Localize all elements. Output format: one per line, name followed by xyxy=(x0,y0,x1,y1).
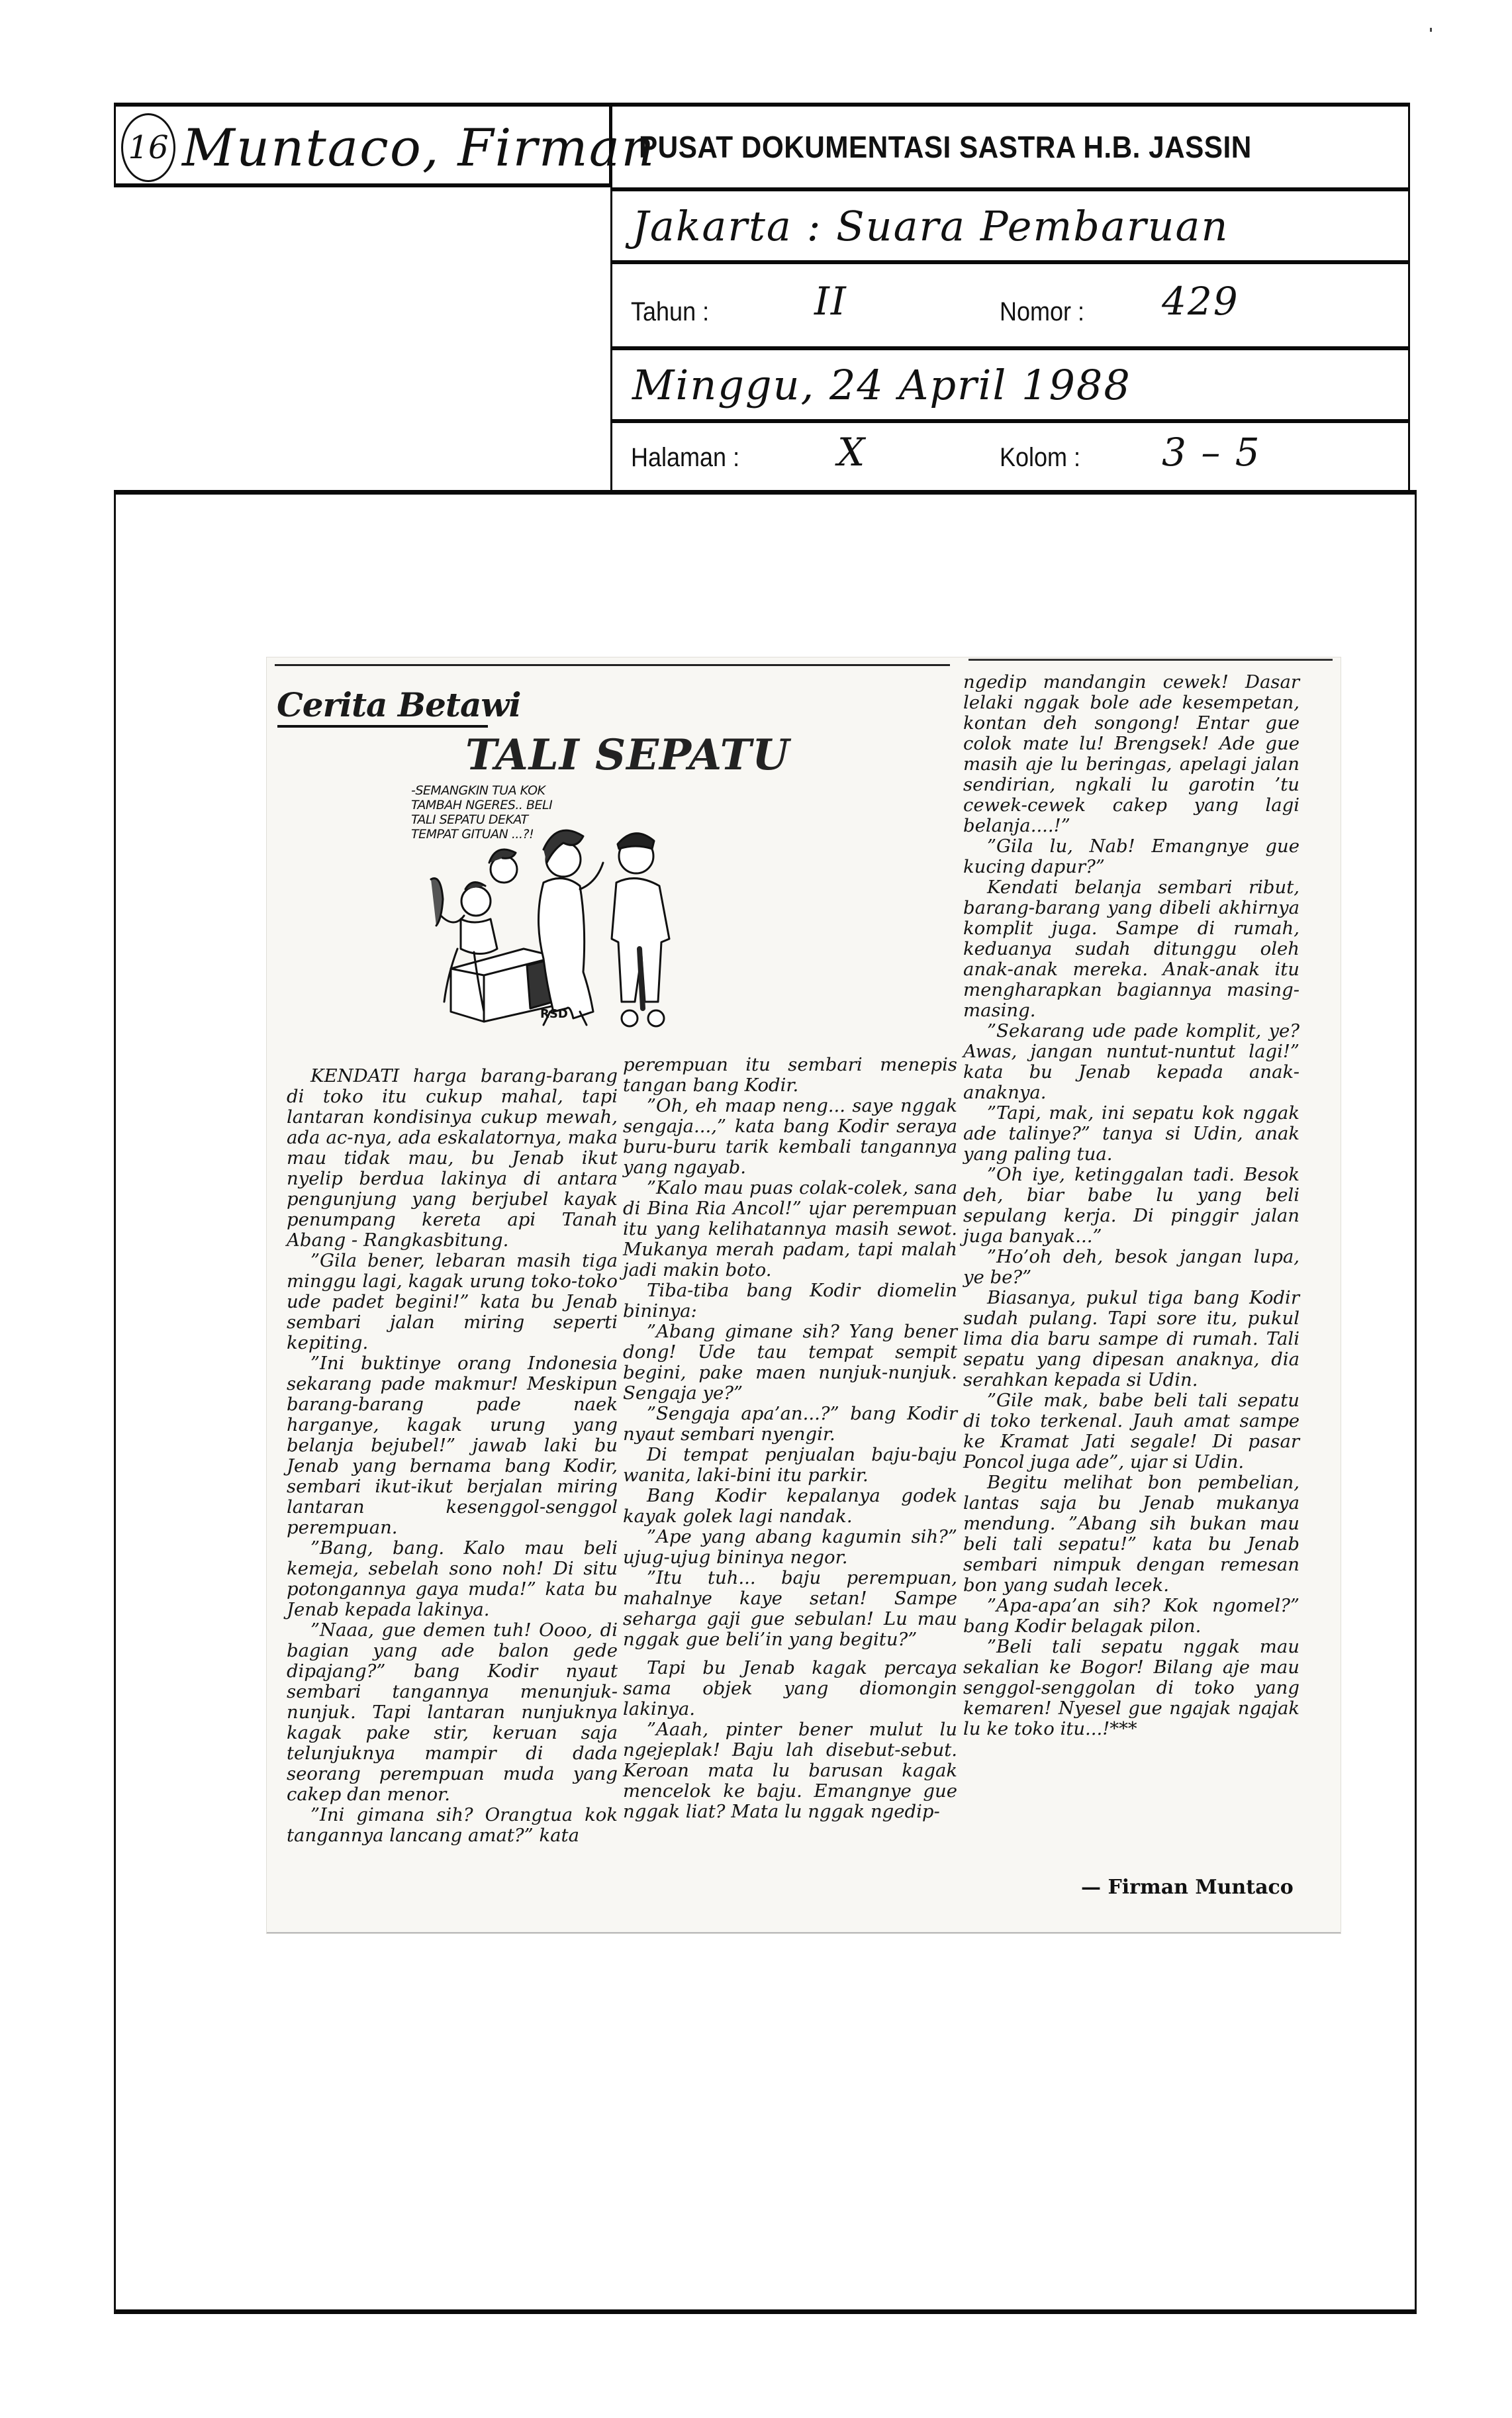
article-column-2: perempuan itu sembari menepis tangan ban… xyxy=(623,1055,957,1822)
paragraph: ”Abang gimane sih? Yang bener dong! Ude … xyxy=(623,1322,957,1404)
paragraph: ”Ape yang abang kagumin sih?” ujug-ujug … xyxy=(623,1527,957,1568)
tahun-label: Tahun : xyxy=(631,297,709,327)
paragraph: ”Ho’oh deh, besok jangan lupa, ye be?” xyxy=(963,1247,1299,1288)
paragraph: ”Ini gimana sih? Orangtua kok tangannya … xyxy=(287,1805,618,1846)
paragraph: ”Sekarang ude pade komplit, ye? Awas, ja… xyxy=(963,1021,1299,1103)
source-row: Jakarta : Suara Pembaruan xyxy=(612,191,1408,264)
section-underline xyxy=(277,725,488,728)
top-rule-right xyxy=(969,659,1333,661)
paragraph: ”Gila bener, lebaran masih tiga minggu l… xyxy=(287,1251,618,1353)
paragraph: Tiba-tiba bang Kodir diomelin bininya: xyxy=(623,1281,957,1322)
halaman-kolom-row: Halaman : X Kolom : 3 – 5 xyxy=(612,423,1408,494)
paragraph: Kendati belanja sembari ribut, barang-ba… xyxy=(963,877,1299,1021)
section-label: Cerita Betawi xyxy=(277,685,520,724)
cartoon-figures-icon xyxy=(411,783,729,1035)
cartoonist-signature: RSD xyxy=(540,1007,568,1021)
cartoon-illustration: -SEMANGKIN TUA KOK TAMBAH NGERES.. BELI … xyxy=(411,783,729,1035)
top-rule xyxy=(275,664,950,666)
circled-index-mark: 16 xyxy=(121,113,175,182)
paragraph: Biasanya, pukul tiga bang Kodir sudah pu… xyxy=(963,1288,1299,1390)
nomor-value: 429 xyxy=(1162,279,1239,324)
kolom-label: Kolom : xyxy=(1000,443,1080,473)
clipping-bottom-edge xyxy=(267,1932,1341,1933)
source-handwritten: Jakarta : Suara Pembaruan xyxy=(632,202,1229,250)
paragraph: KENDATI harga barang-barang di toko itu … xyxy=(287,1066,618,1251)
paragraph: ”Bang, bang. Kalo mau beli kemeja, sebel… xyxy=(287,1538,618,1620)
date-handwritten: Minggu, 24 April 1988 xyxy=(632,361,1131,409)
author-handwritten: Muntaco, Firman xyxy=(182,119,655,178)
author-byline: — Firman Muntaco xyxy=(1081,1876,1294,1899)
author-field: 16 Muntaco, Firman xyxy=(114,103,610,187)
paragraph: ”Aaah, pinter bener mulut lu ngejeplak! … xyxy=(623,1719,957,1822)
institution-row: PUSAT DOKUMENTASI SASTRA H.B. JASSIN xyxy=(612,107,1408,191)
date-row: Minggu, 24 April 1988 xyxy=(612,350,1408,423)
paragraph: perempuan itu sembari menepis tangan ban… xyxy=(623,1055,957,1096)
paragraph: Begitu melihat bon pembelian, lantas saj… xyxy=(963,1473,1299,1596)
paragraph: ”Apa-apa’an sih? Kok ngomel?” bang Kodir… xyxy=(963,1596,1299,1637)
nomor-label: Nomor : xyxy=(1000,297,1084,327)
paragraph: ”Tapi, mak, ini sepatu kok nggak ade tal… xyxy=(963,1103,1299,1165)
paragraph: ”Naaa, gue demen tuh! Oooo, di bagian ya… xyxy=(287,1620,618,1805)
paragraph: ”Itu tuh... baju perempuan, mahalnye kay… xyxy=(623,1568,957,1650)
newspaper-clipping: Cerita Betawi TALI SEPATU -SEMANGKIN TUA… xyxy=(267,657,1341,1933)
paragraph: ”Kalo mau puas colak-colek, sana di Bina… xyxy=(623,1178,957,1281)
paragraph: ”Beli tali sepatu nggak mau sekalian ke … xyxy=(963,1637,1299,1739)
kolom-value: 3 – 5 xyxy=(1162,430,1261,475)
catalog-info-box: PUSAT DOKUMENTASI SASTRA H.B. JASSIN Jak… xyxy=(610,103,1410,490)
halaman-value: X xyxy=(837,430,866,475)
paragraph: ”Oh iye, ketinggalan tadi. Besok deh, bi… xyxy=(963,1165,1299,1247)
institution-title: PUSAT DOKUMENTASI SASTRA H.B. JASSIN xyxy=(639,129,1252,165)
paragraph: ngedip mandangin cewek! Dasar lelaki ngg… xyxy=(963,672,1299,836)
article-column-1: KENDATI harga barang-barang di toko itu … xyxy=(287,1066,618,1846)
scan-speck xyxy=(1430,28,1432,32)
paragraph: ”Ini buktinye orang Indonesia sekarang p… xyxy=(287,1353,618,1538)
paragraph: Bang Kodir kepalanya godek kayak golek l… xyxy=(623,1486,957,1527)
tahun-nomor-row: Tahun : II Nomor : 429 xyxy=(612,264,1408,350)
paragraph: Di tempat penjualan baju-baju wanita, la… xyxy=(623,1445,957,1486)
paragraph: ”Gile mak, babe beli tali sepatu di toko… xyxy=(963,1390,1299,1473)
story-title: TALI SEPATU xyxy=(465,730,790,780)
paragraph: Tapi bu Jenab kagak percaya sama objek y… xyxy=(623,1658,957,1719)
article-column-3: ngedip mandangin cewek! Dasar lelaki ngg… xyxy=(963,672,1299,1739)
paragraph: ”Sengaja apa’an...?” bang Kodir nyaut se… xyxy=(623,1404,957,1445)
paragraph: ”Gila lu, Nab! Emangnye gue kucing dapur… xyxy=(963,836,1299,877)
tahun-value: II xyxy=(814,279,847,324)
paragraph: ”Oh, eh maap neng... saye nggak sengaja.… xyxy=(623,1096,957,1178)
halaman-label: Halaman : xyxy=(631,443,739,473)
